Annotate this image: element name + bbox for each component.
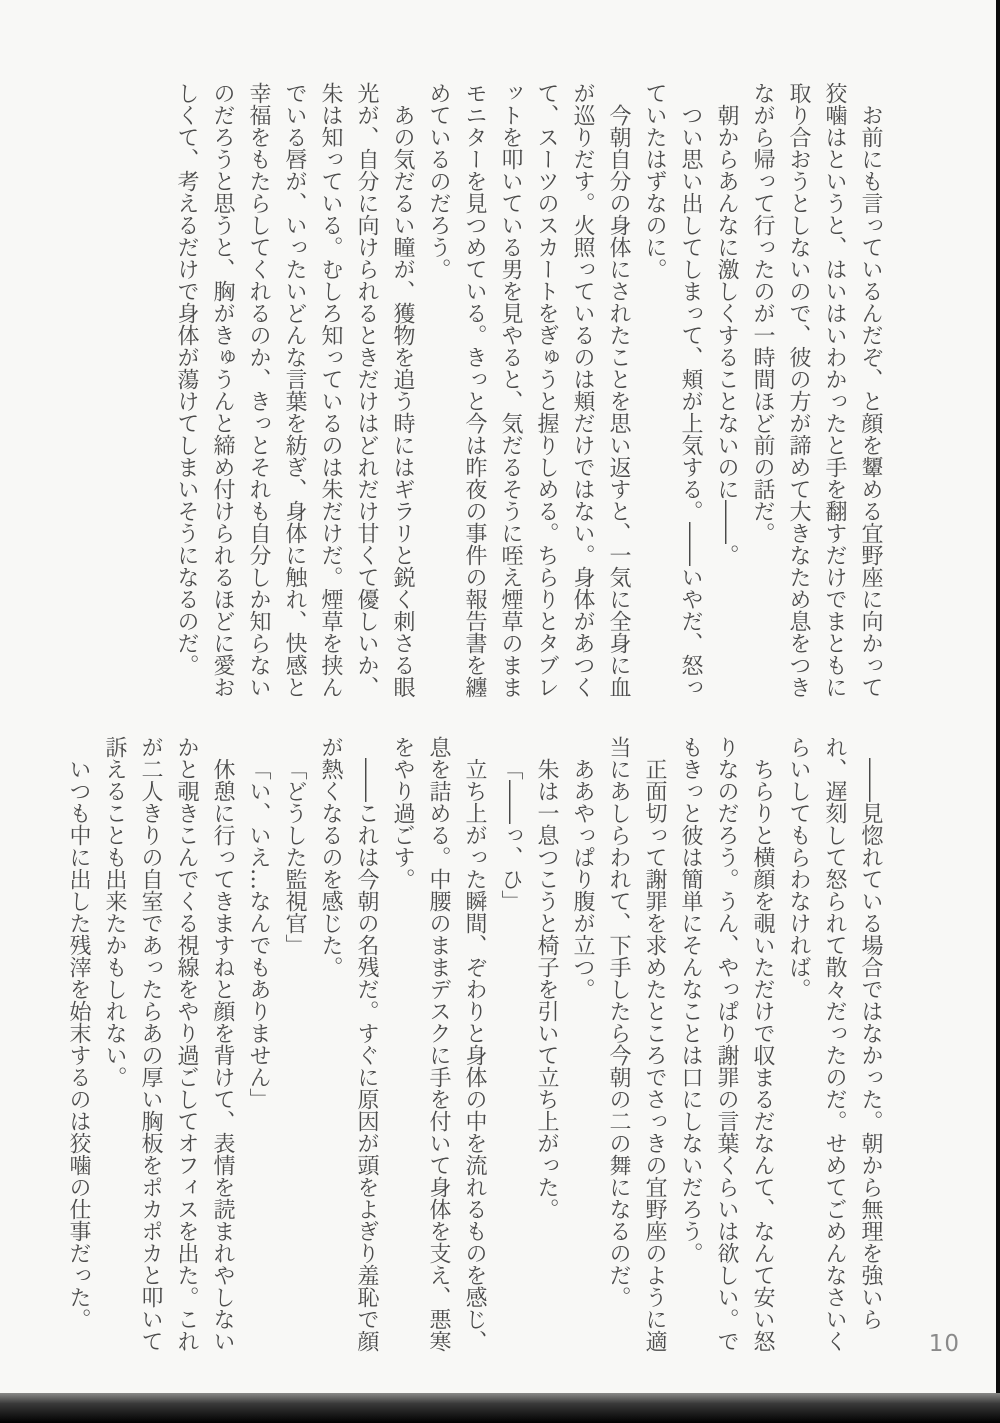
paragraph: 「どうした監視官」 — [276, 736, 312, 1364]
paragraph: 「――っ、ひ」 — [492, 736, 528, 1364]
paragraph: あの気だるい瞳が、獲物を追う時にはギラリと鋭く刺さる眼光が、自分に向けられるとき… — [168, 82, 420, 702]
paragraph: 「い、いえ…なんでもありません」 — [240, 736, 276, 1364]
scan-edge-bottom — [0, 1393, 1000, 1423]
paragraph: 休憩に行ってきますねと顔を背けて、表情を読まれやしないかと覗きこんでくる視線をや… — [96, 736, 240, 1364]
text-block-bottom: ――見惚れている場合ではなかった。朝から無理を強いられ、遅刻して怒られて散々だっ… — [60, 736, 888, 1364]
scan-edge-right — [996, 0, 1000, 1423]
paragraph: いつも中に出した残滓を始末するのは狡噛の仕事だった。 — [60, 736, 96, 1364]
paragraph: ――これは今朝の名残だ。すぐに原因が頭をよぎり羞恥で顔が熱くなるのを感じた。 — [312, 736, 384, 1364]
paragraph: 今朝自分の身体にされたことを思い返すと、一気に全身に血が巡りだす。火照っているの… — [420, 82, 636, 702]
paragraph: 朱は一息つこうと椅子を引いて立ち上がった。 — [528, 736, 564, 1364]
paragraph: ああやっぱり腹が立つ。 — [564, 736, 600, 1364]
paragraph: お前にも言っているんだぞ、と顔を顰める宜野座に向かって狡噛はというと、はいはいわ… — [744, 82, 888, 702]
paragraph: つい思い出してしまって、頬が上気する。――いやだ、怒っていたはずなのに。 — [636, 82, 708, 702]
paragraph: ちらりと横顔を覗いただけで収まるだなんて、なんて安い怒りなのだろう。うん、やっぱ… — [672, 736, 780, 1364]
paragraph: ――見惚れている場合ではなかった。朝から無理を強いられ、遅刻して怒られて散々だっ… — [780, 736, 888, 1364]
paragraph: 朝からあんなに激しくすることないのに――。 — [708, 82, 744, 702]
text-block-top: お前にも言っているんだぞ、と顔を顰める宜野座に向かって狡噛はというと、はいはいわ… — [168, 82, 888, 702]
paragraph: 正面切って謝罪を求めたところでさっきの宜野座のように適当にあしらわれて、下手した… — [600, 736, 672, 1364]
paragraph: 立ち上がった瞬間、ぞわりと身体の中を流れるものを感じ、息を詰める。中腰のままデス… — [384, 736, 492, 1364]
page-number: 10 — [929, 1331, 960, 1357]
scanned-book-page: お前にも言っているんだぞ、と顔を顰める宜野座に向かって狡噛はというと、はいはいわ… — [0, 0, 1000, 1423]
